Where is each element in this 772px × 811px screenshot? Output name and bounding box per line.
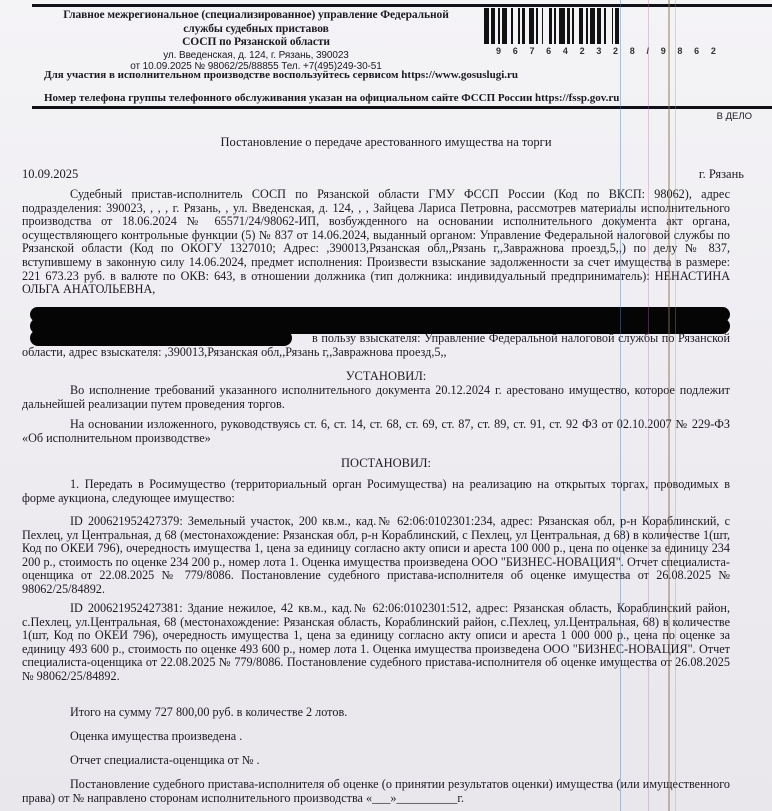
scan-artifact [668,0,670,811]
scan-artifact [620,0,621,811]
document-date: 10.09.2025 [22,167,78,182]
property-item: ID 200621952427381: Здание нежилое, 42 к… [22,602,730,684]
barcode-digit: 4 [563,46,568,56]
org-line: СОСП по Рязанской области [40,36,472,50]
total-line: Итого на сумму 727 800,00 руб. в количес… [22,706,730,720]
barcode-digit: 3 [596,46,601,56]
header-top-rule [32,4,772,7]
header-bottom-rule [32,106,772,109]
barcode-number: 9 6 7 6 4 2 3 2 8 / 9 8 6 2 [496,46,716,56]
barcode-digit: 2 [613,46,618,56]
assessment-line: Оценка имущества произведена . [22,730,730,744]
org-line: службы судебных приставов [40,23,472,37]
creditor-paragraph: в пользу взыскателя: Управление Федераль… [22,332,730,359]
barcode-digit: 6 [513,46,518,56]
barcode-digit: 7 [529,46,534,56]
heading-established: УСТАНОВИЛ: [0,369,772,384]
hotline-notice: Номер телефона группы телефонного обслуж… [44,92,619,104]
barcode-digit: 8 [630,46,635,56]
barcode-digit: 6 [694,46,699,56]
issuing-organization: Главное межрегиональное (специализирован… [40,9,472,72]
barcode-digit: 6 [546,46,551,56]
barcode-digit: 2 [711,46,716,56]
file-stamp: В ДЕЛО [717,111,752,122]
document-city: г. Рязань [699,167,744,182]
property-item: ID 200621952427379: Земельный участок, 2… [22,515,730,597]
barcode-digit: 2 [580,46,585,56]
established-paragraph-1: Во исполнение требований указанного испо… [22,384,730,411]
report-line: Отчет специалиста-оценщика от № . [22,754,730,768]
barcode [484,8,724,44]
established-paragraph-2: На основании изложенного, руководствуясь… [22,418,730,445]
intro-paragraph: Судебный пристав-исполнитель СОСП по Ряз… [22,188,730,297]
scan-artifact [648,0,649,811]
barcode-digit: 8 [677,46,682,56]
document-title: Постановление о передаче арестованного и… [0,135,772,150]
resolution-paragraph: Постановление судебного пристава-исполни… [22,778,730,805]
barcode-digit: 9 [496,46,501,56]
heading-decided: ПОСТАНОВИЛ: [0,456,772,471]
org-address: ул. Введенская, д. 124, г. Рязань, 39002… [40,50,472,61]
gosuslugi-notice: Для участия в исполнительном производств… [44,69,518,81]
scanned-document-page: Главное межрегиональное (специализирован… [0,0,772,811]
org-line: Главное межрегиональное (специализирован… [40,9,472,23]
scan-artifact [675,0,676,811]
barcode-digit: 9 [661,46,666,56]
decided-paragraph-1: 1. Передать в Росимущество (территориаль… [22,478,730,505]
